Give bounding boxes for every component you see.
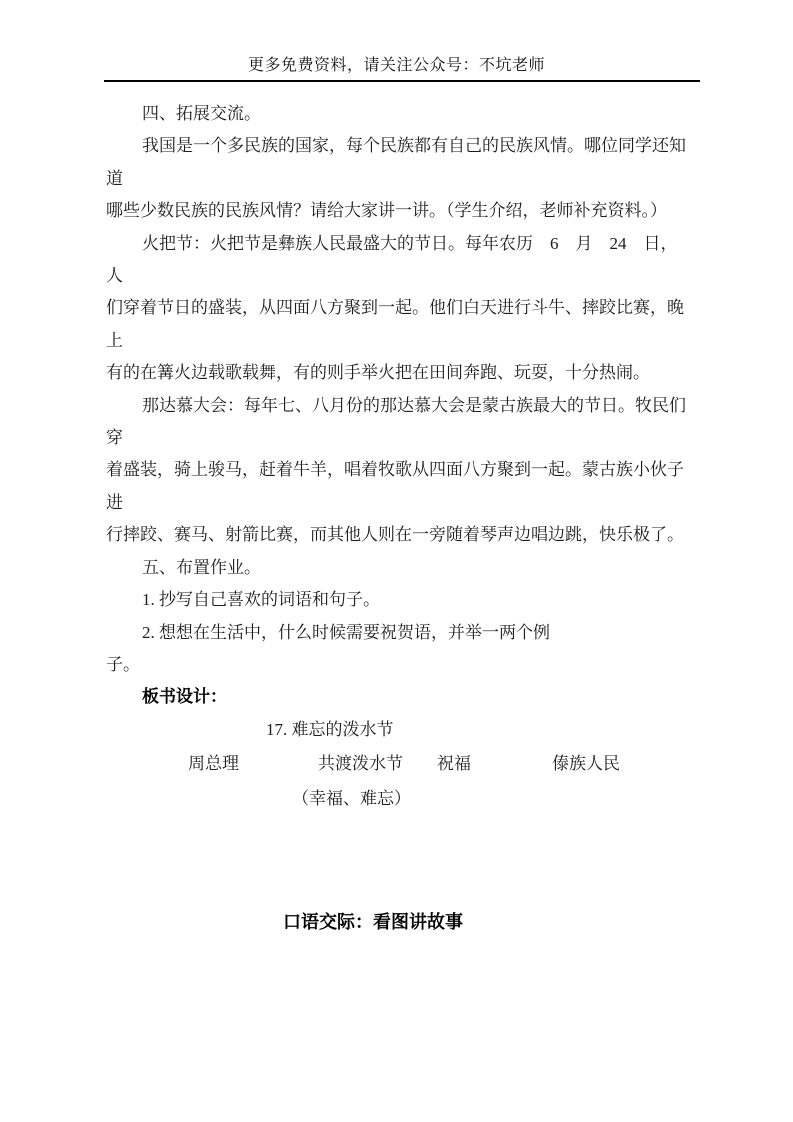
naadam-line1: 那达慕大会：每年七、八月份的那达慕大会是蒙古族最大的节日。牧民们穿 (106, 390, 693, 455)
section4-intro-line2: 哪些少数民族的民族风情？请给大家讲一讲。（学生介绍，老师补充资料。） (106, 195, 693, 227)
board-keyword-water-festival: 共渡泼水节 (318, 748, 403, 780)
board-keyword-dai-people: 傣族人民 (552, 748, 620, 780)
section5-task2-line1: 2. 想想在生活中，什么时候需要祝贺语，并举一两个例 (106, 617, 693, 649)
document-body: 四、拓展交流。 我国是一个多民族的国家，每个民族都有自己的民族风情。哪位同学还知… (0, 82, 793, 816)
board-design-label: 板书设计： (106, 681, 693, 713)
next-lesson-title: 口语交际：看图讲故事 (283, 909, 463, 935)
section5-task2-line2: 子。 (106, 649, 693, 681)
naadam-line2: 着盛装，骑上骏马，赶着牛羊，唱着牧歌从四面八方聚到一起。蒙古族小伙子进 (106, 454, 693, 519)
document-page: 更多免费资料，请关注公众号：不坑老师 四、拓展交流。 我国是一个多民族的国家，每… (0, 0, 793, 1122)
board-design-note: （幸福、难忘） (292, 783, 693, 815)
section5-task1: 1. 抄写自己喜欢的词语和句子。 (106, 584, 693, 616)
torch-festival-line2: 们穿着节日的盛装，从四面八方聚到一起。他们白天进行斗牛、摔跤比赛，晚上 (106, 292, 693, 357)
board-design-keyword-row: 周总理 共渡泼水节 祝福 傣族人民 (106, 748, 693, 781)
page-header-notice: 更多免费资料，请关注公众号：不坑老师 (0, 0, 793, 75)
section5-heading: 五、布置作业。 (106, 552, 693, 584)
naadam-line3: 行摔跤、赛马、射箭比赛，而其他人则在一旁随着琴声边唱边跳，快乐极了。 (106, 519, 693, 551)
board-design-lesson-title: 17. 难忘的泼水节 (266, 714, 693, 746)
torch-festival-line1: 火把节：火把节是彝族人民最盛大的节日。每年农历 6 月 24 日，人 (106, 228, 693, 293)
torch-festival-line3: 有的在篝火边载歌载舞，有的则手举火把在田间奔跑、玩耍，十分热闹。 (106, 357, 693, 389)
section4-intro-line1: 我国是一个多民族的国家，每个民族都有自己的民族风情。哪位同学还知道 (106, 130, 693, 195)
board-keyword-blessing: 祝福 (437, 748, 471, 780)
section4-heading: 四、拓展交流。 (106, 98, 693, 130)
board-keyword-zhou-premier: 周总理 (188, 748, 239, 780)
